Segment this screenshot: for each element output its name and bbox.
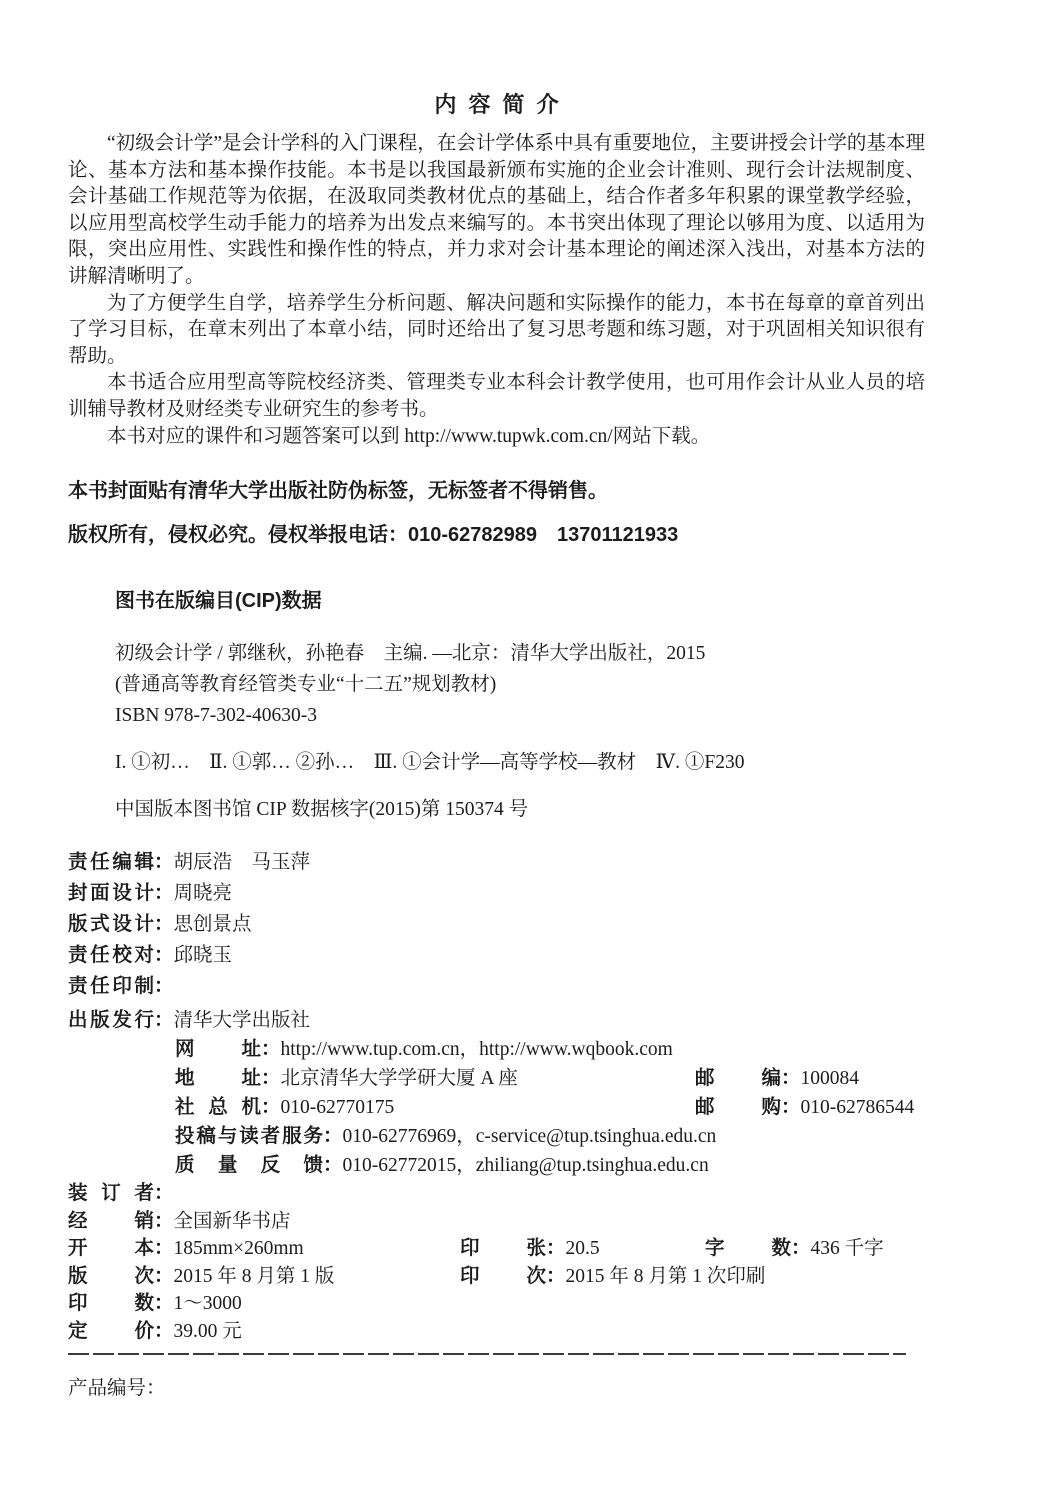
- address-label: 地址: [175, 1064, 261, 1093]
- cip-isbn: ISBN 978-7-302-40630-3: [115, 700, 925, 731]
- impression-label: 印次: [460, 1263, 546, 1291]
- colon: ：: [546, 1265, 566, 1287]
- printrun-label: 印数: [68, 1290, 154, 1318]
- website-label: 网址: [175, 1035, 261, 1064]
- colon: ：: [154, 1210, 174, 1232]
- switchboard-value: 010-62770175: [281, 1097, 395, 1118]
- colon: ：: [154, 1292, 174, 1314]
- sheets-value: 20.5: [566, 1238, 600, 1259]
- product-number-row: 产品编号：: [68, 1375, 925, 1402]
- credit-label: 封面设计: [68, 878, 154, 909]
- colon: ：: [154, 882, 174, 904]
- colon: ：: [146, 1378, 166, 1399]
- edition-row: 版次：2015 年 8 月第 1 版 印次：2015 年 8 月第 1 次印刷: [68, 1263, 925, 1291]
- colon: ：: [323, 1125, 343, 1147]
- address-row: 地址：北京清华大学学研大厦 A 座 邮编：100084: [68, 1064, 925, 1093]
- wordcount-label: 字数: [705, 1235, 791, 1263]
- impression-value: 2015 年 8 月第 1 次印刷: [566, 1266, 766, 1287]
- distributor-label: 经销: [68, 1208, 154, 1236]
- copyright-notice: 版权所有，侵权必究。侵权举报电话：010-62782989 1370112193…: [68, 520, 925, 550]
- format-label: 开本: [68, 1235, 154, 1263]
- format-value: 185mm×260mm: [174, 1238, 304, 1259]
- colon: ：: [154, 1320, 174, 1342]
- distributor-value: 全国新华书店: [174, 1211, 291, 1232]
- intro-paragraph: 为了方便学生自学，培养学生分析问题、解决问题和实际操作的能力，本书在每章的章首列…: [68, 291, 925, 371]
- binder-label: 装订者: [68, 1180, 154, 1208]
- price-value: 39.00 元: [174, 1321, 242, 1342]
- intro-paragraph: “初级会计学”是会计学科的入门课程，在会计学体系中具有重要地位，主要讲授会计学的…: [68, 131, 925, 291]
- colon: ：: [781, 1067, 801, 1089]
- anti-counterfeit-notice: 本书封面贴有清华大学出版社防伪标签，无标签者不得销售。: [68, 476, 925, 506]
- credit-row-editor: 责任编辑：胡辰浩 马玉萍: [68, 847, 925, 878]
- colon: ：: [261, 1067, 281, 1089]
- credit-value: 周晓亮: [174, 883, 233, 904]
- price-row: 定价：39.00 元: [68, 1318, 925, 1346]
- quality-feedback-label: 质量反馈: [175, 1151, 323, 1180]
- mailorder-group: 邮购：010-62786544: [695, 1093, 914, 1122]
- colon: ：: [154, 851, 174, 873]
- credits-section: 责任编辑：胡辰浩 马玉萍 封面设计：周晓亮 版式设计：思创景点 责任校对：邱晓玉…: [68, 847, 925, 1002]
- colon: ：: [154, 975, 174, 997]
- cip-record-number: 中国版本图书馆 CIP 数据核字(2015)第 150374 号: [115, 794, 925, 825]
- print-info-section: 装订者： 经销：全国新华书店 开本：185mm×260mm 印张：20.5 字数…: [68, 1180, 925, 1345]
- cip-series: (普通高等教育经管类专业“十二五”规划教材): [115, 669, 925, 700]
- cip-section: 图书在版编目(CIP)数据 初级会计学 / 郭继秋，孙艳春 主编. —北京：清华…: [115, 586, 925, 825]
- mailorder-label: 邮购: [695, 1093, 781, 1122]
- reader-service-row: 投稿与读者服务：010-62776969，c-service@tup.tsing…: [68, 1122, 925, 1151]
- switchboard-label: 社总机: [175, 1093, 261, 1122]
- dashed-divider: [68, 1353, 906, 1355]
- cip-heading: 图书在版编目(CIP)数据: [115, 586, 925, 616]
- wordcount-group: 字数：436 千字: [705, 1235, 884, 1263]
- colon: ：: [154, 1182, 174, 1204]
- credit-label: 责任编辑: [68, 847, 154, 878]
- credit-label: 责任印制: [68, 971, 154, 1002]
- binder-row: 装订者：: [68, 1180, 925, 1208]
- address-value: 北京清华大学学研大厦 A 座: [281, 1068, 518, 1089]
- edition-value: 2015 年 8 月第 1 版: [174, 1266, 335, 1287]
- cip-lines: 初级会计学 / 郭继秋，孙艳春 主编. —北京：清华大学出版社，2015 (普通…: [115, 638, 925, 731]
- sheets-label: 印张: [460, 1235, 546, 1263]
- edition-label: 版次: [68, 1263, 154, 1291]
- credit-label: 版式设计: [68, 909, 154, 940]
- colon: ：: [154, 913, 174, 935]
- zip-value: 100084: [801, 1068, 860, 1089]
- credit-row-print-supervisor: 责任印制：: [68, 971, 925, 1002]
- credit-row-layout-design: 版式设计：思创景点: [68, 909, 925, 940]
- colon: ：: [546, 1237, 566, 1259]
- colon: ：: [154, 1237, 174, 1259]
- cip-classification: I. ①初… Ⅱ. ①郭… ②孙… Ⅲ. ①会计学—高等学校—教材 Ⅳ. ①F2…: [115, 747, 925, 778]
- credit-value: 胡辰浩 马玉萍: [174, 852, 311, 873]
- colon: ：: [323, 1154, 343, 1176]
- cip-record: 初级会计学 / 郭继秋，孙艳春 主编. —北京：清华大学出版社，2015: [115, 638, 925, 669]
- credit-label: 责任校对: [68, 940, 154, 971]
- credit-row-proofreader: 责任校对：邱晓玉: [68, 940, 925, 971]
- price-label: 定价: [68, 1318, 154, 1346]
- product-number-label: 产品编号: [68, 1378, 146, 1399]
- colon: ：: [154, 1009, 174, 1031]
- copyright-page: 内容简介 “初级会计学”是会计学科的入门课程，在会计学体系中具有重要地位，主要讲…: [0, 0, 1040, 1500]
- credit-value: 思创景点: [174, 914, 252, 935]
- colon: ：: [261, 1096, 281, 1118]
- switchboard-row: 社总机：010-62770175 邮购：010-62786544: [68, 1093, 925, 1122]
- colon: ：: [154, 1265, 174, 1287]
- website-row: 网址：http://www.tup.com.cn，http://www.wqbo…: [68, 1035, 925, 1064]
- publisher-value: 清华大学出版社: [174, 1010, 311, 1031]
- page-content: 内容简介 “初级会计学”是会计学科的入门课程，在会计学体系中具有重要地位，主要讲…: [0, 0, 1040, 1402]
- publisher-label: 出版发行: [68, 1006, 154, 1035]
- distributor-row: 经销：全国新华书店: [68, 1208, 925, 1236]
- zip-group: 邮编：100084: [695, 1064, 859, 1093]
- intro-paragraph: 本书对应的课件和习题答案可以到 http://www.tupwk.com.cn/…: [68, 424, 925, 451]
- quality-feedback-row: 质量反馈：010-62772015，zhiliang@tup.tsinghua.…: [68, 1151, 925, 1180]
- sheets-group: 印张：20.5: [460, 1235, 600, 1263]
- mailorder-value: 010-62786544: [801, 1097, 915, 1118]
- colon: ：: [781, 1096, 801, 1118]
- format-row: 开本：185mm×260mm 印张：20.5 字数：436 千字: [68, 1235, 925, 1263]
- credit-row-cover-design: 封面设计：周晓亮: [68, 878, 925, 909]
- credit-value: 邱晓玉: [174, 945, 233, 966]
- intro-paragraph: 本书适合应用型高等院校经济类、管理类专业本科会计教学使用，也可用作会计从业人员的…: [68, 370, 925, 423]
- zip-label: 邮编: [695, 1064, 781, 1093]
- website-value: http://www.tup.com.cn，http://www.wqbook.…: [281, 1039, 673, 1060]
- reader-service-label: 投稿与读者服务: [175, 1122, 323, 1151]
- colon: ：: [261, 1038, 281, 1060]
- printrun-row: 印数：1～3000: [68, 1290, 925, 1318]
- quality-feedback-value: 010-62772015，zhiliang@tup.tsinghua.edu.c…: [343, 1155, 709, 1176]
- colon: ：: [154, 944, 174, 966]
- publishing-section: 出版发行：清华大学出版社 网址：http://www.tup.com.cn，ht…: [68, 1006, 925, 1180]
- intro-title: 内容简介: [68, 90, 925, 120]
- wordcount-value: 436 千字: [811, 1238, 884, 1259]
- colon: ：: [791, 1237, 811, 1259]
- printrun-value: 1～3000: [174, 1293, 242, 1314]
- publisher-row: 出版发行：清华大学出版社: [68, 1006, 925, 1035]
- impression-group: 印次：2015 年 8 月第 1 次印刷: [460, 1263, 765, 1291]
- reader-service-value: 010-62776969，c-service@tup.tsinghua.edu.…: [343, 1126, 717, 1147]
- intro-section: 内容简介 “初级会计学”是会计学科的入门课程，在会计学体系中具有重要地位，主要讲…: [68, 90, 925, 450]
